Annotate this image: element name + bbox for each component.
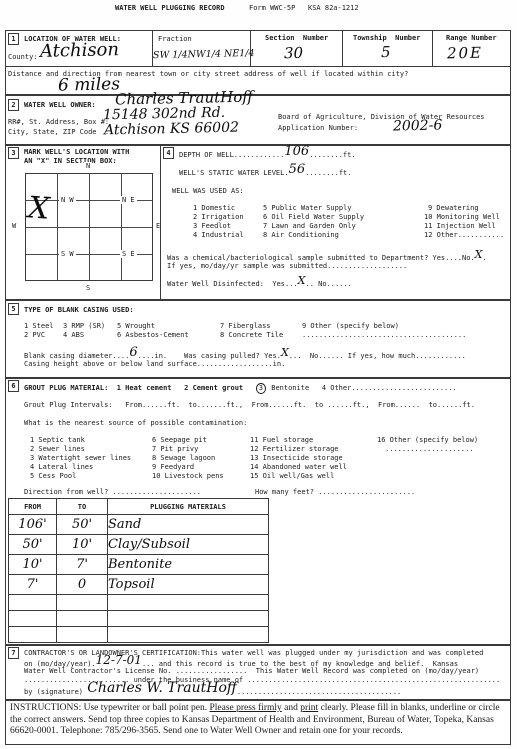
use-option: 7 Lawn and Garden Only xyxy=(263,222,356,231)
casing-pulled-label: ....in. Was casing pulled? Yes. xyxy=(138,352,281,360)
contam-option: 5 Cess Pool xyxy=(30,472,76,481)
compass-nw-label: N W xyxy=(59,196,76,204)
contam-option: 12 Fertilizer storage xyxy=(250,445,339,454)
certification-line5: by (signature) Charles W. TrautHoff.....… xyxy=(24,686,401,697)
form-title: WATER WELL PLUGGING RECORD xyxy=(115,4,225,13)
contam-option: 6 Seepage pit xyxy=(152,436,207,445)
section-grid: N W N E S W S E N S W E X xyxy=(25,173,153,281)
material-cell: Topsoil xyxy=(108,575,269,595)
grid-line xyxy=(26,227,152,228)
township-number-label: Township Number xyxy=(353,34,420,43)
use-option: 6 Oil Field Water Supply xyxy=(263,213,364,222)
contam-option: 1 Septic tank xyxy=(30,436,85,445)
compass-w-label: W xyxy=(10,222,18,230)
contam-option: 7 Pit privy xyxy=(152,445,198,454)
agency-label: Board of Agriculture, Division of Water … xyxy=(278,113,485,122)
section7-number: 7 xyxy=(8,647,19,659)
casing-option: 9 Other (specify below) xyxy=(302,322,399,331)
section5-title: TYPE OF BLANK CASING USED: xyxy=(24,306,134,315)
fraction-value: SW 1/4NW1/4 NE1/4 xyxy=(153,49,255,61)
from-cell: 50' xyxy=(9,535,57,555)
divider xyxy=(342,30,343,67)
compass-n-label: N xyxy=(84,162,92,170)
address-label: RR#, St. Address, Box #: xyxy=(8,118,109,127)
to-cell xyxy=(57,611,108,627)
completion-date-value: 12-7-01 xyxy=(96,653,142,667)
to-cell xyxy=(57,595,108,611)
section4-number: 4 xyxy=(163,147,174,159)
section6-number: 6 xyxy=(8,380,19,392)
section-number-label: Section Number xyxy=(265,34,328,43)
disinfected-yes-mark: X xyxy=(298,274,306,287)
feet-question: How many feet? ....................... xyxy=(255,488,415,497)
static-prefix: WELL'S STATIC WATER LEVEL. xyxy=(179,169,289,177)
casing-option: 5 Wrought xyxy=(117,322,155,331)
plugging-materials-table: FROM TO PLUGGING MATERIALS 106' 50' Sand… xyxy=(8,498,269,643)
table-header-row: FROM TO PLUGGING MATERIALS xyxy=(9,499,269,515)
application-number-value: 2002-6 xyxy=(393,118,443,133)
owner-value: Charles TrautHoff xyxy=(115,90,253,108)
contam-option: 13 Insecticide storage xyxy=(250,454,343,463)
sample-q1-text: Was a chemical/bacteriological sample su… xyxy=(167,254,475,262)
material-cell xyxy=(108,611,269,627)
contam-option: 9 Feedyard xyxy=(152,463,194,472)
to-cell: 10' xyxy=(57,535,108,555)
to-cell: 7' xyxy=(57,555,108,575)
use-option: 10 Monitoring Well xyxy=(424,213,500,222)
table-row-empty xyxy=(9,611,269,627)
table-row: 7' 0 Topsoil xyxy=(9,575,269,595)
material-cell: Sand xyxy=(108,515,269,535)
depth-suffix: ........ft. xyxy=(309,151,355,159)
sample-question-line2: If yes, mo/day/yr sample was submitted..… xyxy=(167,262,407,271)
static-water-level-line: WELL'S STATIC WATER LEVEL.56........ft. xyxy=(179,167,351,178)
section2-number: 2 xyxy=(8,99,19,111)
contam-option: 15 Oil well/Gas well xyxy=(250,472,334,481)
bentonite-label: Bentonite xyxy=(267,384,322,392)
grout-intervals-line: Grout Plug Intervals: From......ft. to..… xyxy=(24,401,475,410)
form-number: Form WWC-5P xyxy=(249,4,295,13)
diameter-label: Blank casing diameter.... xyxy=(24,352,129,360)
signature-dots: ....................................... xyxy=(237,688,401,696)
use-option: 8 Air Conditioning xyxy=(263,231,339,240)
to-cell xyxy=(57,627,108,643)
contam-option: 3 Watertight sewer lines xyxy=(30,454,131,463)
use-option: 11 Injection Well xyxy=(424,222,496,231)
static-suffix: ........ft. xyxy=(305,169,351,177)
fraction-label: Fraction xyxy=(158,35,192,44)
section2-title: WATER WELL OWNER: xyxy=(24,101,96,110)
divider xyxy=(432,30,433,67)
casing-option: 2 PVC xyxy=(24,331,45,340)
compass-se-label: S E xyxy=(120,250,137,258)
certification-line1: CONTRACTOR'S OR LANDOWNER'S CERTIFICATIO… xyxy=(24,649,483,658)
range-number-value: 20E xyxy=(447,46,483,62)
casing-pulled-yes-mark: X xyxy=(281,346,289,359)
section-number-value: 30 xyxy=(284,46,303,61)
instructions-text: INSTRUCTIONS: Use typewriter or ball poi… xyxy=(10,703,506,738)
diameter-value: 6 xyxy=(129,345,137,360)
use-option: 3 Feedlot xyxy=(193,222,231,231)
casing-option: 1 Steel xyxy=(24,322,54,331)
direction-question: Direction from well? ...................… xyxy=(24,488,201,497)
use-option: 2 Irrigation xyxy=(193,213,244,222)
range-number-label: Range Number xyxy=(446,34,497,43)
section3-title-line1: MARK WELL'S LOCATION WITH xyxy=(24,148,129,157)
grout-material-line: GROUT PLUG MATERIAL: 1 Heat cement 2 Cem… xyxy=(24,383,457,394)
to-header: TO xyxy=(57,499,108,515)
table-row-empty xyxy=(9,595,269,611)
disinfected-label: Water Well Disinfected: Yes... xyxy=(167,280,298,288)
compass-ne-label: N E xyxy=(120,196,137,204)
contam-other-dots: ..................... xyxy=(385,445,474,454)
casing-option: 3 RMP (SR) xyxy=(63,322,105,331)
signature-value: Charles W. TrautHoff xyxy=(87,680,237,696)
signature-label: by (signature) xyxy=(24,688,87,696)
contamination-question: What is the nearest source of possible c… xyxy=(24,419,247,428)
instructions-underlined: print xyxy=(300,703,318,713)
table-row: 10' 7' Bentonite xyxy=(9,555,269,575)
depth-value: 106 xyxy=(284,144,309,159)
to-cell: 50' xyxy=(57,515,108,535)
application-number-label: Application Number: xyxy=(278,124,358,133)
depth-prefix: DEPTH OF WELL............ xyxy=(179,151,284,159)
material-cell xyxy=(108,595,269,611)
sample-q1-tail: . xyxy=(483,254,487,262)
city-value: Atchison KS 66002 xyxy=(104,121,239,138)
grout-other-label: 4 Other......................... xyxy=(322,384,457,392)
materials-header: PLUGGING MATERIALS xyxy=(108,499,269,515)
from-cell: 106' xyxy=(9,515,57,535)
section5-number: 5 xyxy=(8,303,19,315)
township-number-value: 5 xyxy=(381,45,391,60)
casing-option: 8 Concrete Tile xyxy=(220,331,283,340)
casing-option: 6 Asbestos-Cement xyxy=(117,331,189,340)
contam-option: 2 Sewer lines xyxy=(30,445,85,454)
well-location-x-mark: X xyxy=(27,193,50,224)
bentonite-circled-number: 3 xyxy=(256,383,266,394)
disinfected-line: Water Well Disinfected: Yes...X.. No....… xyxy=(167,278,352,289)
material-cell: Bentonite xyxy=(108,555,269,575)
county-label: County: xyxy=(8,53,38,62)
city-label: City, State, ZIP Code : xyxy=(8,128,109,137)
contam-option: 4 Lateral lines xyxy=(30,463,93,472)
depth-of-well-line: DEPTH OF WELL............106........ft. xyxy=(179,149,356,160)
contam-option: 8 Sewage lagoon xyxy=(152,454,215,463)
from-cell xyxy=(9,595,57,611)
section3-title-line2: AN "X" IN SECTION BOX: xyxy=(24,157,117,166)
use-option: 4 Industrial xyxy=(193,231,244,240)
instructions-part: INSTRUCTIONS: Use typewriter or ball poi… xyxy=(10,703,209,713)
well-used-as-label: WELL WAS USED AS: xyxy=(172,187,244,196)
divider xyxy=(152,30,153,67)
from-cell xyxy=(9,627,57,643)
certification-line3: Water Well Contractor's License No. ....… xyxy=(24,667,479,676)
static-value: 56 xyxy=(289,162,306,177)
table-row: 106' 50' Sand xyxy=(9,515,269,535)
form-statute: KSA 82a-1212 xyxy=(308,4,359,13)
from-cell: 10' xyxy=(9,555,57,575)
distance-value: 6 miles xyxy=(58,76,120,94)
water-well-plugging-record-form: WATER WELL PLUGGING RECORD Form WWC-5P K… xyxy=(0,0,517,749)
table-row-empty xyxy=(9,627,269,643)
from-cell: 7' xyxy=(9,575,57,595)
contam-option: 11 Fuel storage xyxy=(250,436,313,445)
grout-material-label: GROUT PLUG MATERIAL: 1 Heat cement 2 Cem… xyxy=(24,384,256,392)
casing-option: 4 ABS xyxy=(63,331,84,340)
disinfected-tail: .. No...... xyxy=(306,280,352,288)
contam-option: 10 Livestock pens xyxy=(152,472,224,481)
material-cell: Clay/Subsoil xyxy=(108,535,269,555)
county-value: Atchison xyxy=(40,41,119,61)
sample-no-mark: X xyxy=(475,248,483,261)
section1-number: 1 xyxy=(8,33,19,45)
section3-number: 3 xyxy=(8,147,19,159)
compass-s-label: S xyxy=(84,284,92,292)
from-cell xyxy=(9,611,57,627)
to-cell: 0 xyxy=(57,575,108,595)
instructions-underlined: Please press firmly xyxy=(209,703,281,713)
use-option: 9 Dewatering xyxy=(428,204,479,213)
material-cell xyxy=(108,627,269,643)
from-header: FROM xyxy=(9,499,57,515)
use-option: 5 Public Water Supply xyxy=(263,204,352,213)
table-row: 50' 10' Clay/Subsoil xyxy=(9,535,269,555)
casing-height-line: Casing height above or below land surfac… xyxy=(24,360,285,369)
casing-pulled-tail: ... No...... If yes, how much...........… xyxy=(289,352,466,360)
contam-option: 16 Other (specify below) xyxy=(377,436,478,445)
instructions-part: and xyxy=(282,703,300,713)
casing-option: 7 Fiberglass xyxy=(220,322,271,331)
use-option: 1 Domestic xyxy=(193,204,235,213)
contam-option: 14 Abandoned water well xyxy=(250,463,347,472)
use-option: 12 Other........... xyxy=(424,231,504,240)
compass-sw-label: S W xyxy=(59,250,76,258)
casing-other-dots: ....................................... xyxy=(302,331,466,340)
